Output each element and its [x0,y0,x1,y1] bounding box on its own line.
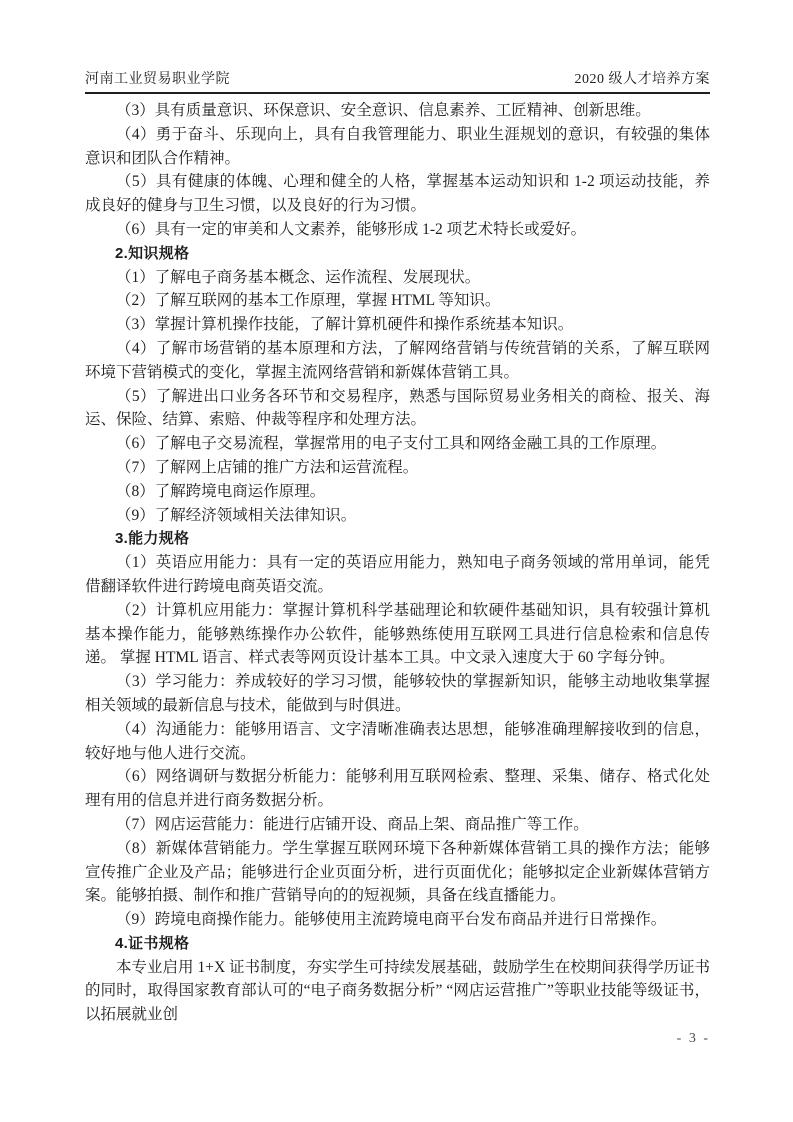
paragraph: （8）新媒体营销能力。学生掌握互联网环境下各种新媒体营销工具的操作方法；能够宣传… [85,837,710,908]
paragraph: （1）英语应用能力：具有一定的英语应用能力，熟知电子商务领域的常用单词，能凭借翻… [85,551,710,599]
paragraph: （1）了解电子商务基本概念、运作流程、发展现状。 [85,266,710,290]
paragraph: （7）了解网上店铺的推广方法和运营流程。 [85,456,710,480]
paragraph: （4）了解市场营销的基本原理和方法，了解网络营销与传统营销的关系，了解互联网环境… [85,337,710,385]
paragraph: （3）具有质量意识、环保意识、安全意识、信息素养、工匠精神、创新思维。 [85,99,710,123]
page-footer: - 3 - [677,1031,710,1047]
paragraph: （6）具有一定的审美和人文素养，能够形成 1-2 项艺术特长或爱好。 [85,218,710,242]
paragraph: （4）勇于奋斗、乐现向上，具有自我管理能力、职业生涯规划的意识，有较强的集体意识… [85,123,710,171]
paragraph: 本专业启用 1+X 证书制度，夯实学生可持续发展基础，鼓励学生在校期间获得学历证… [85,956,710,1027]
paragraph: （3）学习能力：养成较好的学习习惯，能够较快的掌握新知识，能够主动地收集掌握相关… [85,670,710,718]
page-number: - 3 - [677,1031,710,1046]
paragraph: （2）计算机应用能力：掌握计算机科学基础理论和软硬件基础知识，具有较强计算机基本… [85,599,710,670]
paragraph: （7）网店运营能力：能进行店铺开设、商品上架、商品推广等工作。 [85,813,710,837]
page-header: 河南工业贸易职业学院 2020 级人才培养方案 [85,68,710,94]
document-page: 河南工业贸易职业学院 2020 级人才培养方案 （3）具有质量意识、环保意识、安… [0,0,793,1122]
section-heading: 2.知识规格 [85,242,710,266]
paragraph: （6）网络调研与数据分析能力：能够利用互联网检索、整理、采集、储存、格式化处理有… [85,765,710,813]
section-heading: 4.证书规格 [85,932,710,956]
paragraph: （8）了解跨境电商运作原理。 [85,480,710,504]
paragraph: （9）了解经济领域相关法律知识。 [85,504,710,528]
section-heading: 3.能力规格 [85,527,710,551]
paragraph: （2）了解互联网的基本工作原理，掌握 HTML 等知识。 [85,289,710,313]
header-school-name: 河南工业贸易职业学院 [85,68,230,88]
document-body: （3）具有质量意识、环保意识、安全意识、信息素养、工匠精神、创新思维。（4）勇于… [85,99,710,1027]
paragraph: （5）了解进出口业务各环节和交易程序，熟悉与国际贸易业务相关的商检、报关、海运、… [85,385,710,433]
paragraph: （5）具有健康的体魄、心理和健全的人格，掌握基本运动知识和 1-2 项运动技能，… [85,170,710,218]
paragraph: （6）了解电子交易流程，掌握常用的电子支付工具和网络金融工具的工作原理。 [85,432,710,456]
paragraph: （4）沟通能力：能够用语言、文字清晰准确表达思想，能够准确理解接收到的信息，较好… [85,718,710,766]
header-document-title: 2020 级人才培养方案 [575,68,711,88]
paragraph: （3）掌握计算机操作技能，了解计算机硬件和操作系统基本知识。 [85,313,710,337]
paragraph: （9）跨境电商操作能力。能够使用主流跨境电商平台发布商品并进行日常操作。 [85,908,710,932]
